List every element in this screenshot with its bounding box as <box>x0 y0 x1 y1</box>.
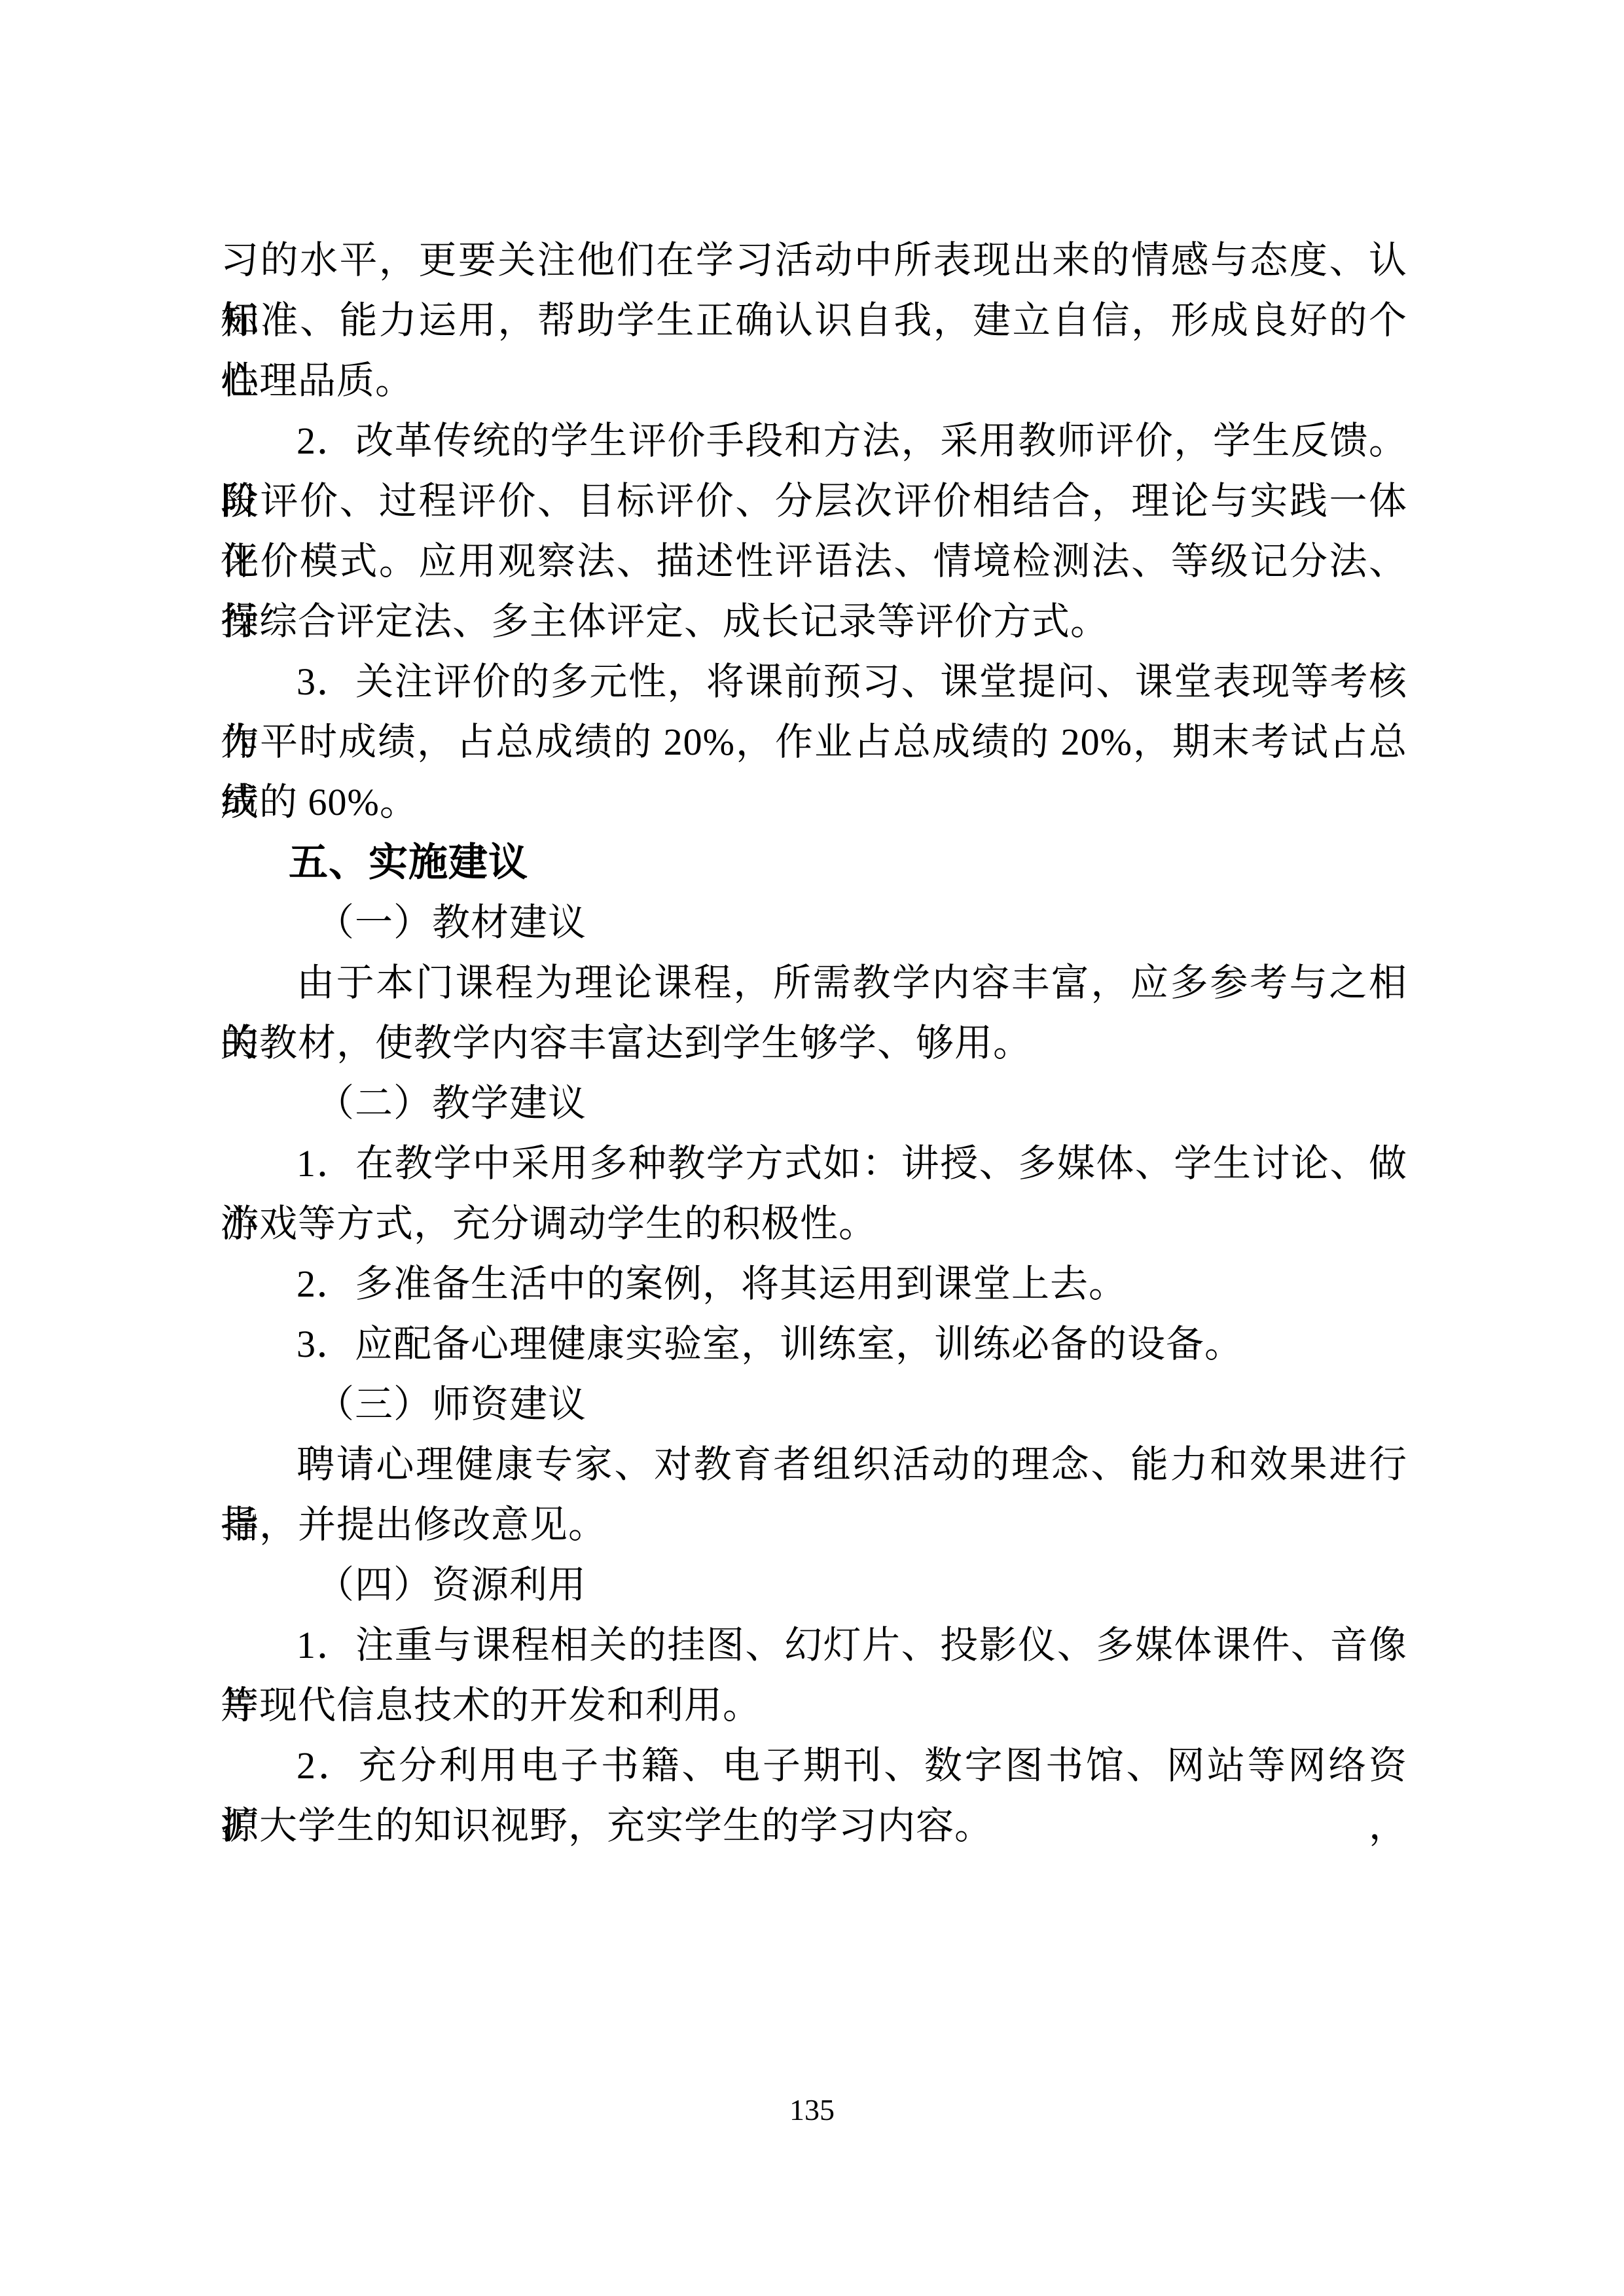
subsection-heading: （三）师资建议 <box>221 1374 1407 1435</box>
subsection-heading: （二）教学建议 <box>221 1073 1407 1134</box>
body-text-line: 评价模式。应用观察法、描述性评语法、情境检测法、等级记分法、操 <box>221 531 1407 592</box>
body-text-line: 1．在教学中采用多种教学方式如：讲授、多媒体、学生讨论、做小 <box>221 1134 1407 1194</box>
body-text-line: 心理品质。 <box>221 351 1407 411</box>
subsection-heading: （一）教材建议 <box>221 893 1407 953</box>
body-text-line: 2．充分利用电子书籍、电子期刊、数字图书馆、网站等网络资源， <box>221 1736 1407 1796</box>
body-text-line: 3．关注评价的多元性，将课前预习、课堂提问、课堂表现等考核作 <box>221 652 1407 712</box>
body-text-line: 行综合评定法、多主体评定、成长记录等评价方式。 <box>221 592 1407 652</box>
body-text-line: 绩的 60%。 <box>221 772 1407 833</box>
body-text-line: 为平时成绩，占总成绩的 20%，作业占总成绩的 20%，期末考试占总成 <box>221 712 1407 772</box>
body-text-line: 段评价、过程评价、目标评价、分层次评价相结合，理论与实践一体化 <box>221 471 1407 531</box>
page-number: 135 <box>0 2092 1624 2128</box>
body-text-line: 导，并提出修改意见。 <box>221 1495 1407 1555</box>
body-text-line: 等现代信息技术的开发和利用。 <box>221 1676 1407 1736</box>
body-text-line: 2．改革传统的学生评价手段和方法，采用教师评价，学生反馈。阶 <box>221 411 1407 471</box>
body-text-line: 标准、能力运用，帮助学生正确认识自我，建立自信，形成良好的个性 <box>221 291 1407 351</box>
body-text-line: 1．注重与课程相关的挂图、幻灯片、投影仪、多媒体课件、音像片 <box>221 1615 1407 1676</box>
body-text-line: 2．多准备生活中的案例，将其运用到课堂上去。 <box>221 1254 1407 1314</box>
document-body: 习的水平，更要关注他们在学习活动中所表现出来的情感与态度、认知标准、能力运用，帮… <box>221 230 1407 1856</box>
subsection-heading: （四）资源利用 <box>221 1555 1407 1615</box>
body-text-line: 3．应配备心理健康实验室，训练室，训练必备的设备。 <box>221 1314 1407 1374</box>
body-text-line: 的教材，使教学内容丰富达到学生够学、够用。 <box>221 1013 1407 1073</box>
document-page: 习的水平，更要关注他们在学习活动中所表现出来的情感与态度、认知标准、能力运用，帮… <box>0 0 1624 2296</box>
body-text-line: 由于本门课程为理论课程，所需教学内容丰富，应多参考与之相关 <box>221 953 1407 1013</box>
section-heading: 五、实施建议 <box>221 833 1407 893</box>
body-text-line: 游戏等方式，充分调动学生的积极性。 <box>221 1194 1407 1254</box>
body-text-line: 习的水平，更要关注他们在学习活动中所表现出来的情感与态度、认知 <box>221 230 1407 291</box>
body-text-line: 聘请心理健康专家、对教育者组织活动的理念、能力和效果进行指 <box>221 1435 1407 1495</box>
